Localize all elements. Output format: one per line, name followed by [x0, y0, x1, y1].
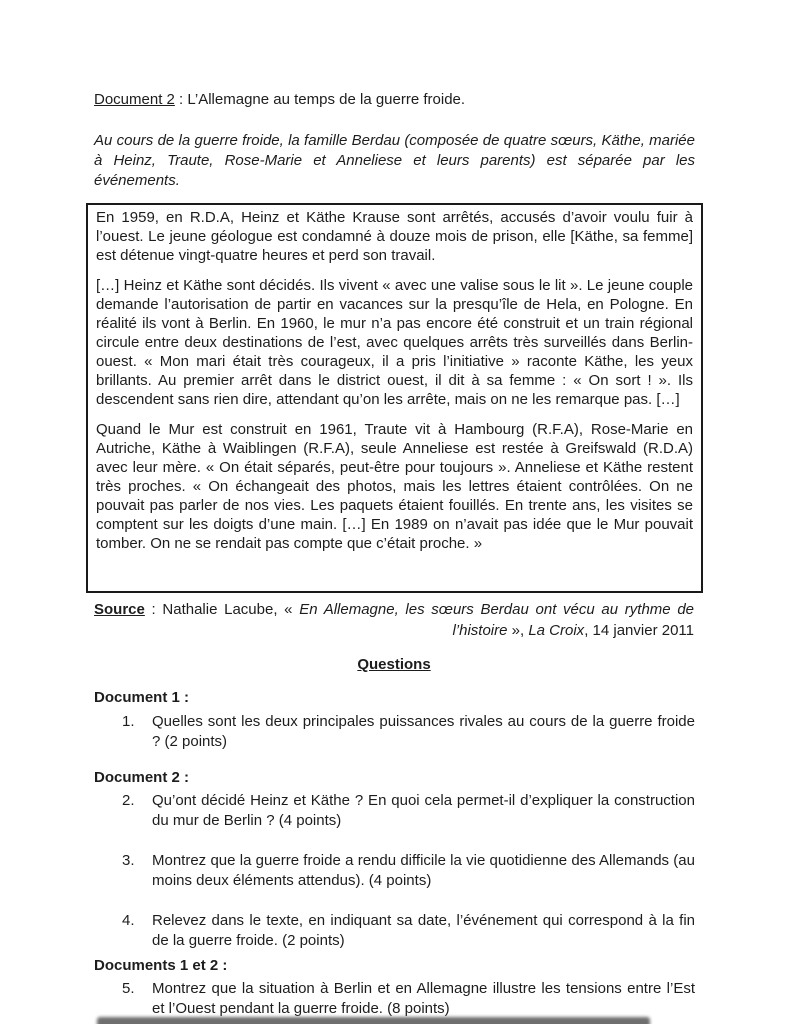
- question-item-1: 1. Quelles sont les deux principales pui…: [122, 712, 695, 751]
- excerpt-paragraph-3: Quand le Mur est construit en 1961, Trau…: [96, 420, 693, 553]
- source-date: , 14 janvier 2011: [584, 622, 694, 639]
- page-bottom-cutoff-artifact: [97, 1017, 650, 1024]
- source-separator: »,: [507, 622, 528, 639]
- section-header-documents-1-et-2: Documents 1 et 2 :: [94, 957, 694, 974]
- source-label: Source: [94, 601, 145, 618]
- question-text: Montrez que la situation à Berlin et en …: [152, 979, 695, 1018]
- question-item-4: 4. Relevez dans le texte, en indiquant s…: [122, 911, 695, 950]
- question-text: Qu’ont décidé Heinz et Käthe ? En quoi c…: [152, 791, 695, 830]
- excerpt-box: En 1959, en R.D.A, Heinz et Käthe Krause…: [86, 203, 703, 593]
- question-number: 1.: [122, 712, 152, 732]
- question-number: 5.: [122, 979, 152, 999]
- source-newspaper: La Croix: [528, 622, 584, 639]
- question-item-3: 3. Montrez que la guerre froide a rendu …: [122, 851, 695, 890]
- section-header-document-2: Document 2 :: [94, 769, 694, 786]
- question-text: Quelles sont les deux principales puissa…: [152, 712, 695, 751]
- excerpt-paragraph-1: En 1959, en R.D.A, Heinz et Käthe Krause…: [96, 208, 693, 265]
- document-heading-text: : L’Allemagne au temps de la guerre froi…: [175, 91, 465, 108]
- question-text: Montrez que la guerre froide a rendu dif…: [152, 851, 695, 890]
- intro-paragraph: Au cours de la guerre froide, la famille…: [94, 131, 695, 191]
- question-number: 3.: [122, 851, 152, 871]
- source-author: : Nathalie Lacube, «: [145, 601, 299, 618]
- section-header-document-1: Document 1 :: [94, 689, 694, 706]
- scanned-exam-page: Document 2 : L’Allemagne au temps de la …: [0, 0, 788, 1024]
- question-text: Relevez dans le texte, en indiquant sa d…: [152, 911, 695, 950]
- questions-title: Questions: [94, 656, 694, 673]
- source-citation: Source : Nathalie Lacube, « En Allemagne…: [94, 599, 694, 641]
- document-heading: Document 2 : L’Allemagne au temps de la …: [94, 90, 694, 109]
- question-number: 2.: [122, 791, 152, 811]
- question-item-5: 5. Montrez que la situation à Berlin et …: [122, 979, 695, 1018]
- excerpt-paragraph-2: […] Heinz et Käthe sont décidés. Ils viv…: [96, 276, 693, 409]
- question-number: 4.: [122, 911, 152, 931]
- document-heading-label: Document 2: [94, 91, 175, 108]
- question-item-2: 2. Qu’ont décidé Heinz et Käthe ? En quo…: [122, 791, 695, 830]
